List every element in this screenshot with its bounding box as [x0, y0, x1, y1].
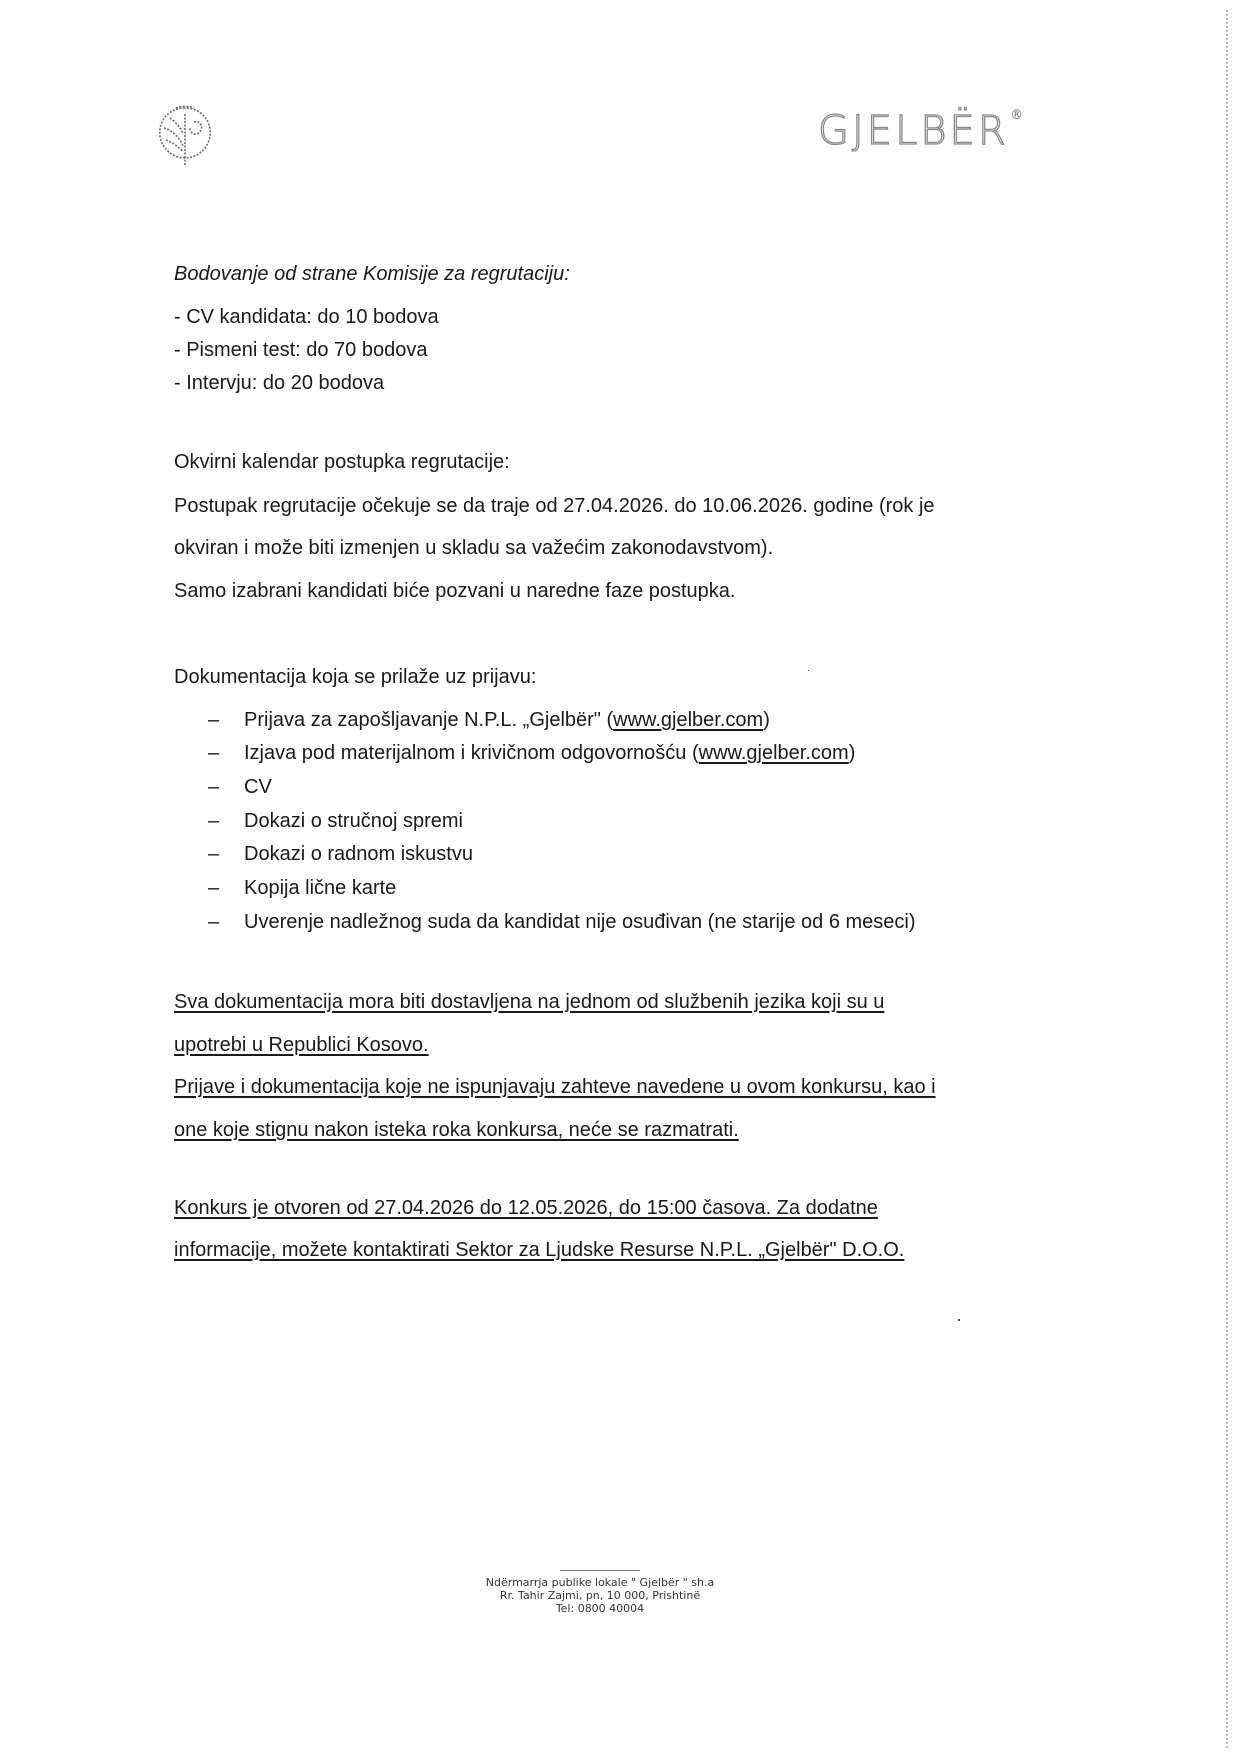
paren: ) — [849, 742, 856, 764]
dash-bullet: – — [208, 741, 219, 765]
footer-phone: Tel: 0800 40004 — [400, 1602, 800, 1615]
dash-bullet: – — [208, 775, 219, 799]
scan-speck — [958, 1319, 960, 1321]
scoring-item: - Pismeni test: do 70 bodova — [174, 338, 427, 362]
dash-bullet: – — [208, 842, 219, 866]
dash-bullet: – — [208, 809, 219, 833]
calendar-text: Postupak regrutacije očekuje se da traje… — [174, 494, 935, 518]
list-item-text: CV — [244, 775, 272, 799]
brand-logo: GJELBËR® — [818, 108, 1026, 154]
language-note: Sva dokumentacija mora biti dostavljena … — [174, 990, 884, 1014]
calendar-selection-note: Samo izabrani kandidati biće pozvani u n… — [174, 579, 735, 603]
document-page: GJELBËR® Bodovanje od strane Komisije za… — [0, 0, 1241, 1755]
calendar-text: okviran i može biti izmenjen u skladu sa… — [174, 536, 773, 560]
documentation-title: Dokumentacija koja se prilaže uz prijavu… — [174, 665, 536, 689]
footer-address: Rr. Tahir Zajmi, pn, 10 000, Prishtinë — [400, 1589, 800, 1602]
tree-emblem-icon — [150, 100, 220, 170]
scoring-item: - Intervju: do 20 bodova — [174, 371, 384, 395]
footer: Ndërmarrja publike lokale " Gjelbër " sh… — [400, 1570, 800, 1615]
scan-speck — [808, 670, 809, 671]
list-item-text: Dokazi o stručnoj spremi — [244, 809, 463, 833]
deadline-note: informacije, možete kontaktirati Sektor … — [174, 1238, 904, 1262]
rejection-note: one koje stignu nakon isteka roka konkur… — [174, 1118, 739, 1142]
language-note: upotrebi u Republici Kosovo. — [174, 1033, 429, 1057]
calendar-title: Okvirni kalendar postupka regrutacije: — [174, 450, 510, 474]
rejection-note: Prijave i dokumentacija koje ne ispunjav… — [174, 1075, 936, 1099]
dash-bullet: – — [208, 708, 219, 732]
dash-bullet: – — [208, 910, 219, 934]
paren: ) — [763, 709, 770, 731]
list-item-text: Dokazi o radnom iskustvu — [244, 842, 473, 866]
scan-edge — [1226, 10, 1228, 1750]
dash-bullet: – — [208, 876, 219, 900]
footer-company: Ndërmarrja publike lokale " Gjelbër " sh… — [400, 1576, 800, 1589]
list-item-text: Kopija lične karte — [244, 876, 396, 900]
deadline-note: Konkurs je otvoren od 27.04.2026 do 12.0… — [174, 1196, 878, 1220]
list-item-text: Uverenje nadležnog suda da kandidat nije… — [244, 910, 916, 934]
website-link[interactable]: www.gjelber.com — [613, 709, 763, 731]
website-link[interactable]: www.gjelber.com — [699, 742, 849, 764]
list-item-text: Prijava za zapošljavanje N.P.L. „Gjelbër… — [244, 709, 613, 731]
scoring-title: Bodovanje od strane Komisije za regrutac… — [174, 262, 570, 286]
list-item-text: Izjava pod materijalnom i krivičnom odgo… — [244, 742, 699, 764]
scoring-item: - CV kandidata: do 10 bodova — [174, 305, 439, 329]
footer-divider — [560, 1570, 640, 1571]
